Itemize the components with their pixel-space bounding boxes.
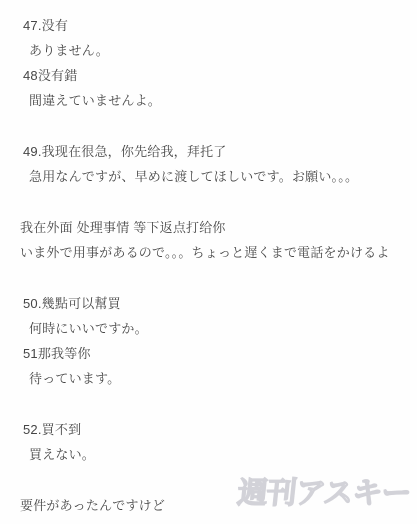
- chinese-phrase: 51那我等你: [0, 341, 417, 366]
- chinese-phrase: 50.幾點可以幫買: [0, 291, 417, 316]
- japanese-translation: 買えない。: [0, 442, 417, 467]
- chinese-phrase: 48没有錯: [0, 63, 417, 88]
- weekly-ascii-watermark: 週刊アスキー: [236, 468, 413, 512]
- japanese-translation: 待っています。: [0, 366, 417, 391]
- article-page: 47.没有ありません。48没有錯間違えていませんよ。49.我现在很急，你先给我，…: [0, 0, 417, 524]
- chinese-phrase: 我在外面 处理事情 等下返点打给你: [0, 215, 417, 240]
- chinese-phrase: 49.我现在很急，你先给我，拜托了: [0, 139, 417, 164]
- japanese-translation: 間違えていませんよ。: [0, 88, 417, 113]
- phrase-list: 47.没有ありません。48没有錯間違えていませんよ。49.我现在很急，你先给我，…: [0, 0, 417, 518]
- chinese-phrase: 47.没有: [0, 13, 417, 38]
- japanese-translation: ありません。: [0, 38, 417, 63]
- japanese-translation: いま外で用事があるので。。。ちょっと遅くまで電話をかけるよ: [0, 240, 417, 265]
- japanese-translation: 急用なんですが、早めに渡してほしいです。お願い。。。: [0, 164, 417, 189]
- chinese-phrase: 52.買不到: [0, 417, 417, 442]
- japanese-translation: 何時にいいですか。: [0, 316, 417, 341]
